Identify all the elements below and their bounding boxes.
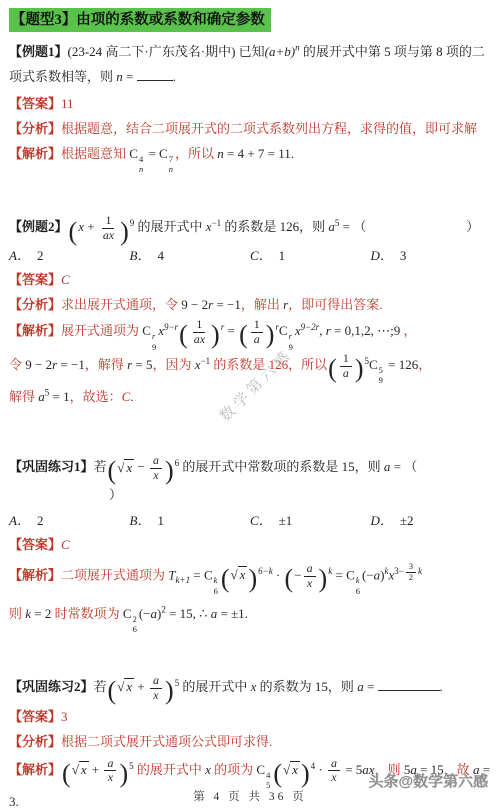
numerator: a	[150, 454, 162, 469]
text-run: a	[307, 561, 313, 575]
text-run: 【答案】	[9, 709, 61, 724]
text-run: 【分析】	[9, 121, 61, 136]
radical-sign: √	[231, 568, 238, 581]
text-run: 求出展开式通项，令	[61, 297, 181, 312]
text-run: (−	[139, 606, 151, 621]
text-run: x	[108, 770, 113, 784]
text-run: 若	[94, 460, 107, 475]
text-run: x	[307, 576, 312, 590]
option-item: B．1	[130, 508, 251, 533]
script-sup: 2	[133, 614, 137, 624]
text-run: =	[364, 679, 378, 694]
example1-question: 【例题1】(23-24 高二下·广东茂名·期中) 已知(a+b)n 的展开式中第…	[9, 40, 491, 90]
script-sub: 6	[356, 586, 360, 596]
example2-solution-line1: 【解析】展开式通项为 Cr9x9−r(1ax)r = (1a)rCr9x9−2r…	[9, 318, 491, 352]
fraction: ax	[104, 757, 116, 785]
fraction: 1ax	[191, 318, 208, 346]
superscript: 6−k	[258, 566, 273, 576]
text-run: ，	[418, 357, 431, 372]
denominator: x	[304, 577, 315, 591]
radical: √x	[72, 761, 89, 778]
text-run: （	[404, 460, 417, 475]
text-run: 【例题2】	[9, 220, 68, 235]
text-run: ，因为	[153, 357, 195, 372]
text-run: 根据题意，结合二项展开式的二项式系数列出方程，求得的值，即可求解	[61, 121, 477, 136]
text-run: 【巩固练习2】	[9, 679, 94, 694]
text-run: = 2	[31, 606, 51, 621]
option-value: 4	[157, 248, 164, 263]
text-run: a	[343, 366, 349, 380]
practice1-question: 【巩固练习1】若(√x − ax)6 的展开式中常数项的系数是 15，则 a =…	[9, 454, 491, 507]
text-run: −	[294, 567, 301, 582]
text-run: 【解析】	[9, 146, 61, 161]
denominator: x	[150, 469, 161, 483]
option-letter: B．	[130, 248, 151, 263]
fraction: 1ax	[100, 214, 117, 242]
text-run: ，故选：	[70, 389, 122, 404]
text-run: = 4 + 7 = 11	[224, 146, 291, 161]
text-run: =	[224, 323, 238, 338]
text-run: x	[331, 770, 336, 784]
practice1-answer: 【答案】C	[9, 533, 491, 558]
radical-sign: √	[72, 763, 79, 776]
text-run: C	[129, 146, 138, 161]
text-run: C	[279, 323, 288, 338]
text-run: +	[134, 679, 148, 694]
text-run: C	[61, 537, 70, 552]
text-run: 【答案】	[9, 96, 61, 111]
left-paren: (	[284, 564, 295, 593]
numerator: a	[104, 757, 116, 772]
script-sup: r	[152, 331, 155, 341]
numerator: 1	[102, 214, 114, 229]
text-run: ，	[400, 323, 416, 338]
text-run: 的项为	[211, 762, 257, 777]
radicand: x	[124, 678, 134, 695]
text-run: ）	[466, 220, 479, 235]
right-paren: )	[119, 217, 130, 246]
script-sup: 4	[139, 154, 143, 164]
text-run: x	[153, 468, 158, 482]
text-run: 【答案】	[9, 537, 61, 552]
text-run: 【解析】	[9, 323, 61, 338]
text-run: .	[130, 389, 133, 404]
text-run: C	[122, 389, 131, 404]
text-run: 解得	[9, 389, 38, 404]
text-run: =	[123, 69, 137, 84]
radical-sign: √	[117, 461, 124, 474]
left-paren: (	[107, 676, 118, 705]
stacked-scripts: k6	[356, 575, 360, 595]
text-run: 11	[61, 96, 74, 111]
script-sup: 7	[169, 154, 173, 164]
text-run: 的展开式中	[179, 679, 251, 694]
text-run: 根据二项式展开式通项公式即可求得.	[61, 734, 272, 749]
right-paren: )	[210, 320, 221, 349]
option-value: 1	[279, 248, 286, 263]
text-run: 1	[105, 213, 111, 227]
left-paren: (	[178, 320, 189, 349]
denominator: 2	[406, 573, 416, 583]
option-item: B．4	[130, 243, 251, 268]
example2-options: A．2B．4C．1D．3	[9, 243, 491, 268]
denominator: ax	[191, 333, 208, 347]
fraction: ax	[150, 454, 162, 482]
script-sub: 9	[152, 342, 156, 352]
option-value: 2	[37, 513, 44, 528]
stacked-scripts: 59	[379, 365, 383, 385]
subscript: k+1	[176, 575, 191, 585]
practice2-answer: 【答案】3	[9, 705, 491, 730]
right-paren: )	[265, 320, 276, 349]
example1-answer: 【答案】11	[9, 92, 491, 117]
option-letter: A．	[9, 248, 30, 263]
superscript: 9−r	[164, 322, 178, 332]
text-run: 令	[9, 357, 25, 372]
fraction: 32	[406, 562, 416, 582]
fraction: ax	[304, 562, 316, 590]
stacked-scripts: 7n	[169, 154, 173, 174]
script-sup: k	[214, 575, 218, 585]
text-run: 1	[196, 317, 202, 331]
section-title: 【题型3】由项的系数或系数和确定参数	[9, 8, 271, 32]
text-run: x	[153, 688, 158, 702]
stacked-scripts: 26	[133, 614, 137, 634]
script-sub: n	[139, 164, 143, 174]
denominator: ax	[100, 229, 117, 243]
text-run: = 5	[132, 357, 152, 372]
numerator: 1	[340, 352, 352, 367]
option-item: C．1	[250, 243, 371, 268]
right-paren: )	[318, 564, 329, 593]
radicand: x	[238, 566, 248, 583]
left-paren: (	[327, 354, 338, 383]
right-paren: )	[164, 456, 175, 485]
text-run: a	[153, 453, 159, 467]
right-paren: )	[118, 759, 129, 788]
text-run: = 0,1,2, ⋯;9	[331, 323, 400, 338]
option-item: C．±1	[250, 508, 371, 533]
option-item: D．3	[371, 243, 492, 268]
text-run: C	[256, 762, 265, 777]
option-letter: D．	[371, 248, 393, 263]
superscript: −1	[201, 356, 211, 366]
fraction: ax	[150, 674, 162, 702]
text-run: =	[190, 567, 204, 582]
left-paren: (	[61, 759, 72, 788]
text-run: C	[204, 567, 213, 582]
superscript: −1	[212, 218, 222, 228]
superscript: 9−2r	[301, 322, 320, 332]
right-paren: )	[354, 354, 365, 383]
text-run: 9 − 2	[25, 357, 52, 372]
answer-blank	[137, 67, 173, 81]
right-paren: )	[247, 564, 258, 593]
text-run: 【巩固练习1】	[9, 460, 94, 475]
example1-solution: 【解析】根据题意知 C4n = C7n，所以 n = 4 + 7 = 11.	[9, 142, 491, 174]
option-value: 1	[157, 513, 164, 528]
text-run: =	[339, 220, 353, 235]
text-run: 时常数项为	[51, 606, 123, 621]
numerator: a	[304, 562, 316, 577]
radicand: x	[124, 459, 134, 476]
text-run: = 5	[342, 762, 362, 777]
script-sup: 5	[379, 365, 383, 375]
text-run: = 126	[385, 357, 418, 372]
radical: √x	[117, 678, 134, 695]
text-run: ，解得	[85, 357, 127, 372]
denominator: x	[105, 771, 116, 785]
text-run: = ±1	[217, 606, 244, 621]
script-sup: k	[356, 575, 360, 585]
text-run: =	[332, 567, 346, 582]
text-run: 2	[409, 573, 413, 582]
left-paren: (	[272, 759, 283, 788]
script-sub: 9	[379, 375, 383, 385]
example2-analysis: 【分析】求出展开式通项，令 9 − 2r = −1，解出 r，即可得出答案.	[9, 293, 491, 318]
practice2-question: 【巩固练习2】若(√x + ax)5 的展开式中 x 的系数为 15，则 a =…	[9, 674, 491, 702]
topic-heading: 【题型3】由项的系数或系数和确定参数	[9, 8, 491, 32]
radical: √x	[117, 459, 134, 476]
text-run: ）	[109, 487, 122, 502]
text-run: 的展开式中常数项的系数是 15，则	[179, 460, 384, 475]
option-letter: B．	[130, 513, 151, 528]
text-run: ·	[273, 567, 284, 582]
numerator: 3	[406, 562, 416, 573]
text-run: ·	[315, 762, 326, 777]
text-run: .	[245, 606, 248, 621]
script-sub: 6	[133, 624, 137, 634]
text-run: +	[89, 762, 103, 777]
document-page: 【题型3】由项的系数或系数和确定参数【例题1】(23-24 高二下·广东茂名·期…	[0, 0, 500, 809]
text-run: −	[134, 460, 148, 475]
text-run: 若	[94, 679, 107, 694]
text-run: .	[440, 679, 443, 694]
script-sup: r	[289, 331, 292, 341]
text-run: T	[168, 567, 175, 582]
left-paren: (	[68, 217, 79, 246]
text-run: 9 − 2	[181, 297, 208, 312]
radical-sign: √	[283, 763, 290, 776]
text-run: (−	[362, 567, 374, 582]
superscript: 3−32k	[394, 566, 422, 576]
example2-answer: 【答案】C	[9, 268, 491, 293]
text-run: 3−	[394, 566, 404, 576]
stacked-scripts: k6	[214, 575, 218, 595]
text-run: C	[369, 357, 378, 372]
text-run: 的系数是 126，则	[221, 220, 328, 235]
text-run: C	[123, 606, 132, 621]
text-run: 【例题1】	[9, 44, 68, 59]
text-run: 的展开式中	[134, 762, 206, 777]
text-run: a	[331, 756, 337, 770]
text-run: a	[153, 673, 159, 687]
option-value: ±2	[400, 513, 414, 528]
option-value: 3	[400, 248, 407, 263]
text-run: C	[159, 146, 168, 161]
text-run: (23-24 高二下·广东茂名·期中) 已知	[68, 44, 265, 59]
practice1-solution-line1: 【解析】二项展开式通项为 Tk+1 = Ck6(√x)6−k · (−ax)k …	[9, 562, 491, 596]
left-paren: (	[220, 564, 231, 593]
text-run: =	[390, 460, 404, 475]
practice1-options: A．2B．1C．±1D．±2	[9, 508, 491, 533]
practice2-analysis: 【分析】根据二项式展开式通项公式即可求得.	[9, 730, 491, 755]
radicand: x	[79, 761, 89, 778]
left-paren: (	[238, 320, 249, 349]
text-run: a	[254, 332, 260, 346]
numerator: 1	[193, 318, 205, 333]
text-run: ax	[103, 228, 114, 242]
text-run: 3	[409, 562, 413, 571]
text-run: C	[142, 323, 151, 338]
text-run: = −1	[213, 297, 241, 312]
option-value: 2	[37, 248, 44, 263]
text-run: 【答案】	[9, 272, 61, 287]
stacked-scripts: r9	[152, 331, 156, 351]
option-letter: C．	[250, 248, 272, 263]
text-run: .	[173, 69, 176, 84]
text-run: ，即可得出答案.	[288, 297, 382, 312]
script-sup: 4	[266, 770, 270, 780]
text-run: 3	[61, 709, 68, 724]
radical: √x	[231, 566, 248, 583]
practice1-solution-line2: 则 k = 2 时常数项为 C26(−a)2 = 15, ∴ a = ±1.	[9, 602, 491, 634]
numerator: a	[328, 757, 340, 772]
numerator: 1	[251, 318, 263, 333]
text-run: 根据题意知	[61, 146, 129, 161]
text-run: = −1	[57, 357, 85, 372]
option-letter: D．	[371, 513, 393, 528]
option-item: A．2	[9, 508, 130, 533]
fraction: 1a	[340, 352, 352, 380]
radicand: x	[290, 761, 300, 778]
text-run: ，所以	[175, 146, 217, 161]
answer-blank	[378, 677, 440, 691]
script-sub: 9	[289, 342, 293, 352]
denominator: a	[340, 367, 352, 381]
option-item: A．2	[9, 243, 130, 268]
right-paren: )	[164, 676, 175, 705]
text-run: .	[291, 146, 294, 161]
text-run: 【分析】	[9, 734, 61, 749]
script-sub: 6	[214, 586, 218, 596]
script-sub: n	[169, 164, 173, 174]
denominator: x	[150, 689, 161, 703]
text-run: 的展开式中	[134, 220, 206, 235]
page-footer: 第 4 页 共 36 页	[0, 788, 500, 804]
text-run: (a+b)	[265, 44, 295, 59]
text-run: 的系数为 15，则	[256, 679, 357, 694]
right-paren: )	[300, 759, 311, 788]
text-run: C	[346, 567, 355, 582]
stacked-scripts: r9	[289, 331, 293, 351]
option-item: D．±2	[371, 508, 492, 533]
text-run: 【分析】	[9, 297, 61, 312]
option-letter: C．	[250, 513, 272, 528]
example2-question: 【例题2】(x + 1ax)9 的展开式中 x−1 的系数是 126，则 a5 …	[9, 214, 491, 242]
stacked-scripts: 4n	[139, 154, 143, 174]
text-run: =	[145, 146, 159, 161]
text-run: C	[61, 272, 70, 287]
text-run: 二项展开式通项为	[61, 567, 168, 582]
fraction: 1a	[251, 318, 263, 346]
option-value: ±1	[279, 513, 293, 528]
radical-sign: √	[117, 680, 124, 693]
text-run: +	[84, 220, 98, 235]
text-run: = 1	[49, 389, 69, 404]
text-run: 则	[9, 606, 25, 621]
text-run: a	[107, 756, 113, 770]
text-run: 【解析】	[9, 567, 61, 582]
fraction: ax	[328, 757, 340, 785]
text-run: k	[418, 566, 422, 576]
denominator: x	[328, 771, 339, 785]
text-run: 【解析】	[9, 762, 61, 777]
text-run: 1	[254, 317, 260, 331]
denominator: a	[251, 333, 263, 347]
text-run: 1	[343, 351, 349, 365]
text-run: ax	[194, 332, 205, 346]
example1-analysis: 【分析】根据题意，结合二项展开式的二项式系数列出方程，求得的值，即可求解	[9, 117, 491, 142]
text-run: = 15, ∴	[166, 606, 211, 621]
text-run: ，解出	[241, 297, 283, 312]
text-run: （	[353, 220, 366, 235]
radical: √x	[283, 761, 300, 778]
numerator: a	[150, 674, 162, 689]
text-run: 展开式通项为	[61, 323, 142, 338]
option-letter: A．	[9, 513, 30, 528]
left-paren: (	[107, 456, 118, 485]
